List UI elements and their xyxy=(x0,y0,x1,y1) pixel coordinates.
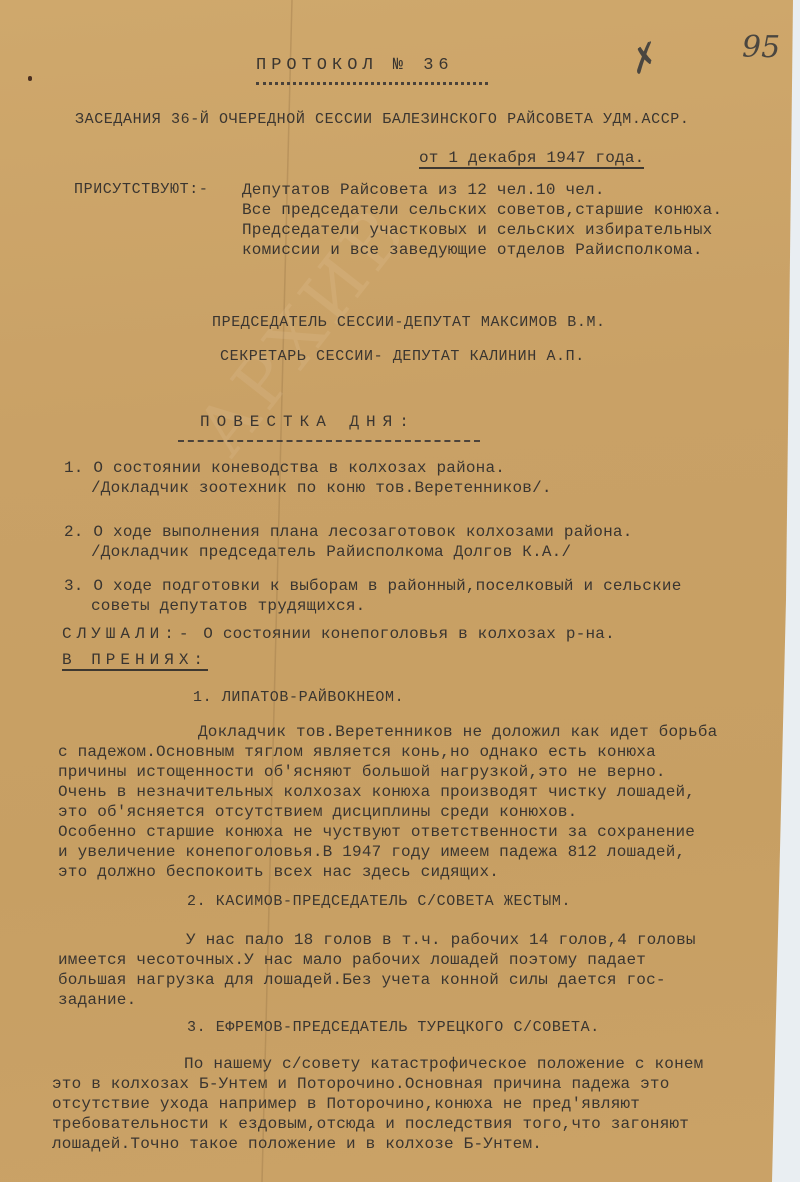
text-line: требовательности к ездовым,отсюда и посл… xyxy=(52,1114,703,1134)
text-line: отсутствие ухода например в Поторочино,к… xyxy=(52,1094,703,1114)
agenda-line: 3. О ходе подготовки к выборам в районны… xyxy=(64,576,682,596)
text-line: это об'ясняется отсутствием дисциплины с… xyxy=(58,802,717,822)
agenda-item-2: 2. О ходе выполнения плана лесозаготовок… xyxy=(64,522,633,562)
text-line: большая нагрузка для лошадей.Без учета к… xyxy=(58,970,696,990)
speaker-1-text: Докладчик тов.Веретенников не доложил ка… xyxy=(58,722,717,882)
text-line: лошадей.Точно такое положение и в колхоз… xyxy=(52,1134,703,1154)
attendance-label: ПРИСУТСТВУЮТ:- xyxy=(74,180,208,200)
text-line: причины истощенности об'ясняют большой н… xyxy=(58,762,717,782)
text-line: Особенно старшие конюха не чуствуют отве… xyxy=(58,822,717,842)
text-line: По нашему с/совету катастрофическое поло… xyxy=(52,1054,703,1074)
speaker-3-text: По нашему с/совету катастрофическое поло… xyxy=(52,1054,703,1154)
protocol-date: от 1 декабря 1947 года. xyxy=(419,148,644,168)
heard-label: СЛУШАЛИ:- xyxy=(62,625,193,643)
session-subtitle: ЗАСЕДАНИЯ 36-Й ОЧЕРЕДНОЙ СЕССИИ БАЛЕЗИНС… xyxy=(75,110,690,130)
heard-text: О состоянии конепоголовья в колхозах р-н… xyxy=(203,625,615,643)
document-page: АРХИВ ✗ 95 ПРОТОКОЛ № 36 ЗАСЕДАНИЯ 36-Й … xyxy=(0,0,800,1182)
speaker-3-title: 3. ЕФРЕМОВ-ПРЕДСЕДАТЕЛЬ ТУРЕЦКОГО С/СОВЕ… xyxy=(187,1018,600,1038)
session-chairman: ПРЕДСЕДАТЕЛЬ СЕССИИ-ДЕПУТАТ МАКСИМОВ В.М… xyxy=(212,313,606,333)
attendance-line: комиссии и все заведующие отделов Райисп… xyxy=(242,240,722,260)
attendance-line: Все председатели сельских советов,старши… xyxy=(242,200,722,220)
text-line: с падежом.Основным тяглом является конь,… xyxy=(58,742,717,762)
agenda-line: советы депутатов трудящихся. xyxy=(64,596,682,616)
text-line: У нас пало 18 голов в т.ч. рабочих 14 го… xyxy=(58,930,696,950)
agenda-item-3: 3. О ходе подготовки к выборам в районны… xyxy=(64,576,682,616)
handwritten-mark: ✗ xyxy=(621,36,664,84)
attendance-list: Депутатов Райсовета из 12 чел.10 чел. Вс… xyxy=(242,180,722,260)
text-line: это в колхозах Б-Унтем и Поторочино.Осно… xyxy=(52,1074,703,1094)
debate-heading: В ПРЕНИЯХ: xyxy=(62,650,208,670)
text-line: это должно беспокоить всех нас здесь сид… xyxy=(58,862,717,882)
protocol-title: ПРОТОКОЛ № 36 xyxy=(256,56,454,76)
text-line: Очень в незначительных колхозах конюха п… xyxy=(58,782,717,802)
agenda-line: /Докладчик председатель Райисполкома Дол… xyxy=(64,542,633,562)
speaker-1-title: 1. ЛИПАТОВ-РАЙВОКНЕОМ. xyxy=(193,688,404,708)
heard-section: СЛУШАЛИ:- О состоянии конепоголовья в ко… xyxy=(62,624,615,644)
text-line: Докладчик тов.Веретенников не доложил ка… xyxy=(58,722,717,742)
speaker-2-title: 2. КАСИМОВ-ПРЕДСЕДАТЕЛЬ С/СОВЕТА ЖЕСТЫМ. xyxy=(187,892,571,912)
attendance-line: Депутатов Райсовета из 12 чел.10 чел. xyxy=(242,180,722,200)
text-line: имеется чесоточных.У нас мало рабочих ло… xyxy=(58,950,696,970)
ink-dot xyxy=(28,76,32,81)
speaker-2-text: У нас пало 18 голов в т.ч. рабочих 14 го… xyxy=(58,930,696,1010)
agenda-heading: ПОВЕСТКА ДНЯ: xyxy=(200,412,416,432)
text-line: задание. xyxy=(58,990,696,1010)
attendance-line: Председатели участковых и сельских избир… xyxy=(242,220,722,240)
agenda-line: 2. О ходе выполнения плана лесозаготовок… xyxy=(64,522,633,542)
text-line: и увеличение конепоголовья.В 1947 году и… xyxy=(58,842,717,862)
agenda-item-1: 1. О состоянии коневодства в колхозах ра… xyxy=(64,458,552,498)
agenda-line: 1. О состоянии коневодства в колхозах ра… xyxy=(64,458,552,478)
agenda-underline xyxy=(178,440,480,442)
session-secretary: СЕКРЕТАРЬ СЕССИИ- ДЕПУТАТ КАЛИНИН А.П. xyxy=(220,347,585,367)
title-underline xyxy=(256,82,488,85)
agenda-line: /Докладчик зоотехник по коню тов.Веретен… xyxy=(64,478,552,498)
page-number-handwritten: 95 xyxy=(742,30,780,65)
date-text: от 1 декабря 1947 года. xyxy=(419,149,644,169)
